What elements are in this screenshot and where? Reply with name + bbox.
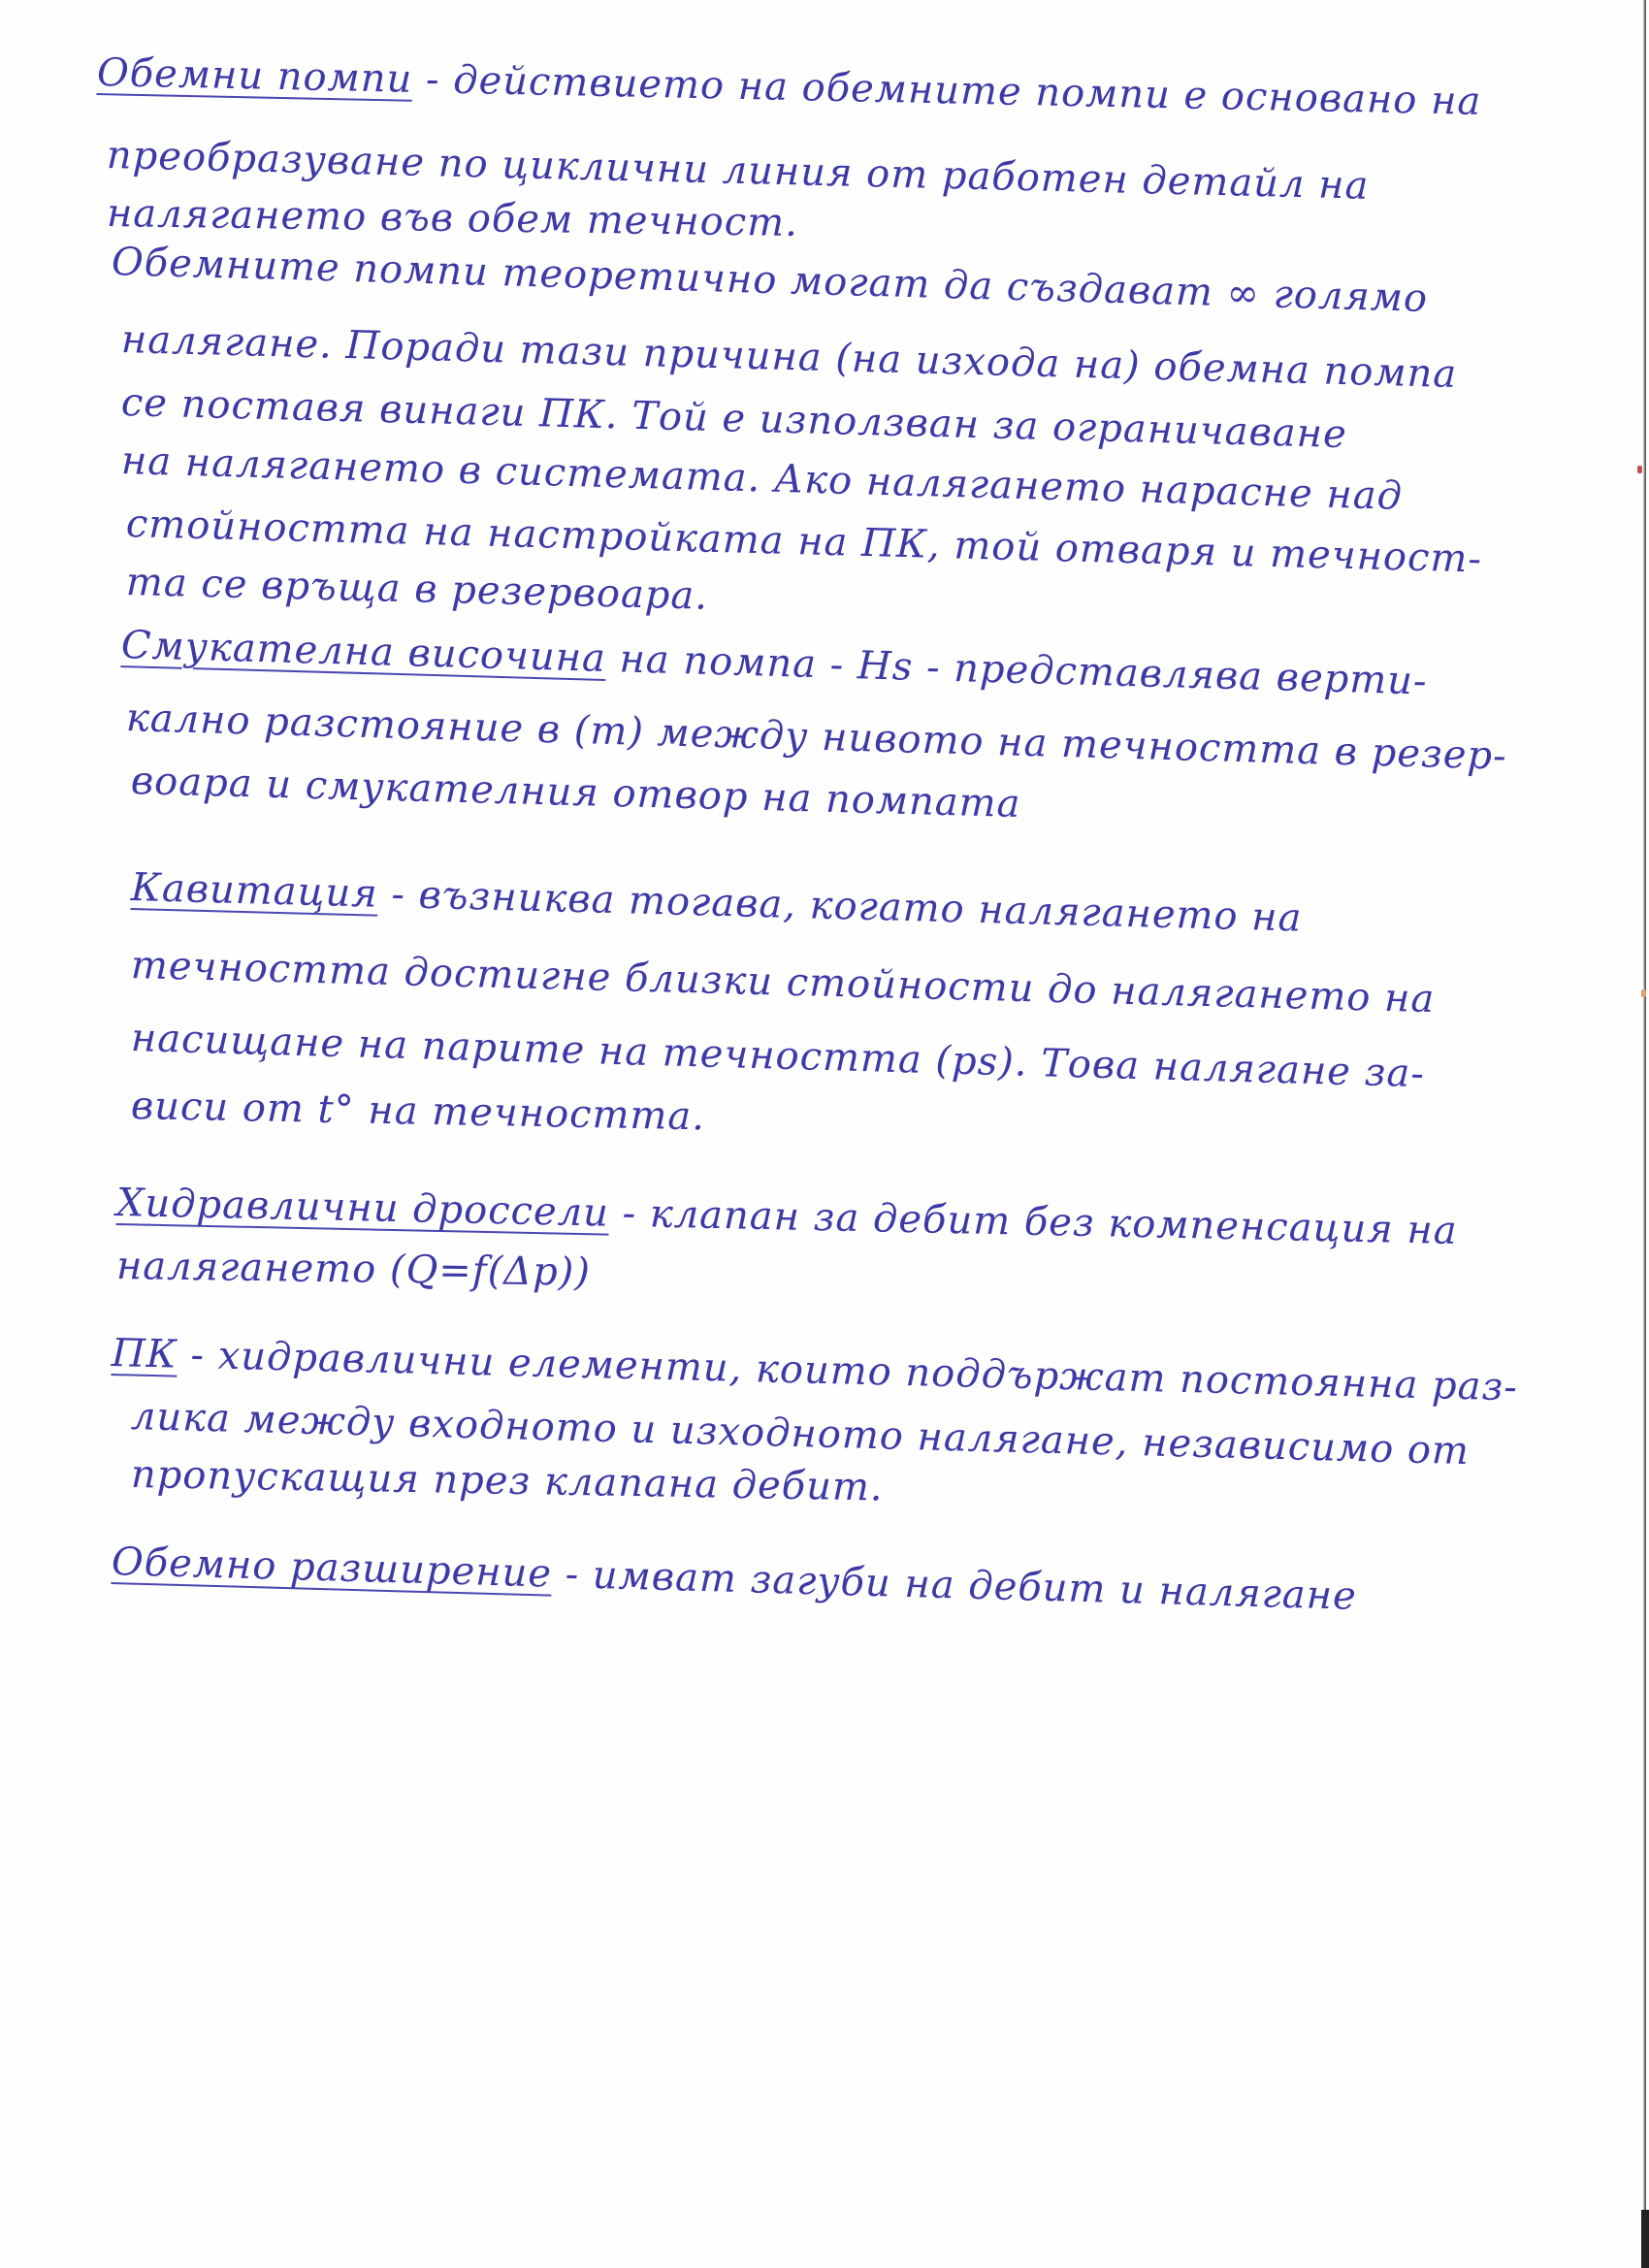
handwritten-line: насищане на парите на течността (ps). То… — [130, 1019, 1425, 1093]
line-text: - клапан за дебит без компенсация на — [608, 1191, 1458, 1253]
handwritten-line: Обемни помпи - действието на обемните по… — [97, 53, 1482, 121]
line-text: налягането (Q=f(Δp)) — [116, 1244, 592, 1295]
scanned-page: Обемни помпи - действието на обемните по… — [0, 0, 1649, 2268]
stray-ink-dot — [1641, 989, 1646, 997]
line-text: на помпа - Hs - представлява верти- — [605, 636, 1428, 704]
section-term: ПК — [111, 1331, 178, 1377]
line-text: насищане на парите на течността (ps). То… — [130, 1016, 1425, 1096]
handwritten-line: ПК - хидравлични елементи, които поддърж… — [112, 1334, 1519, 1407]
line-text: Обемните помпи теоретично могат да създа… — [111, 240, 1428, 321]
handwritten-line: Обемно разширение - имват загуби на деби… — [111, 1542, 1357, 1616]
line-text: та се връща в резервоара. — [125, 560, 708, 619]
section-term: Кавитация — [130, 865, 378, 917]
section-term: Хидравлични дроссели — [116, 1181, 610, 1236]
line-text: течността достигне близки стойности до н… — [130, 943, 1436, 1021]
line-text: - действието на обемните помпи е основан… — [412, 57, 1482, 124]
handwritten-line: Кавитация - възниква тогава, когато наля… — [130, 868, 1303, 938]
line-text: - възниква тогава, когато налягането на — [377, 872, 1303, 941]
handwritten-line: виси от t° на течността. — [131, 1086, 706, 1136]
section-term: Смукателна височина — [120, 623, 606, 681]
line-text: воара и смукателния отвор на помпата — [130, 759, 1021, 826]
handwritten-line: пропускащия през клапана дебит. — [131, 1455, 884, 1507]
scanner-corner-mark — [1641, 2210, 1649, 2268]
handwritten-line: Обемните помпи теоретично могат да създа… — [111, 243, 1428, 318]
line-text: пропускащия през клапана дебит. — [131, 1452, 884, 1510]
handwritten-line: налягането във обем течност. — [107, 194, 798, 243]
handwritten-line: течността достигне близки стойности до н… — [130, 946, 1435, 1019]
scanner-border — [1643, 0, 1646, 2268]
section-term: Обемно разширение — [111, 1539, 552, 1597]
handwritten-line: воара и смукателния отвор на помпата — [130, 761, 1020, 824]
line-text: налягането във обем течност. — [107, 191, 798, 245]
section-term: Обемни помпи — [97, 50, 413, 102]
stray-ink-dot — [1637, 466, 1642, 473]
line-text: - имват загуби на дебит и налягане — [551, 1552, 1357, 1619]
line-text: виси от t° на течността. — [131, 1084, 706, 1139]
handwritten-line: налягането (Q=f(Δp)) — [116, 1247, 591, 1292]
handwritten-line: Смукателна височина на помпа - Hs - пред… — [120, 626, 1428, 701]
handwritten-line: Хидравлични дроссели - клапан за дебит б… — [116, 1183, 1458, 1250]
handwritten-line: налягане. Поради тази причина (на изхода… — [120, 320, 1457, 394]
line-text: - хидравлични елементи, които поддържат … — [177, 1333, 1518, 1410]
handwritten-line: та се връща в резервоара. — [126, 563, 709, 616]
